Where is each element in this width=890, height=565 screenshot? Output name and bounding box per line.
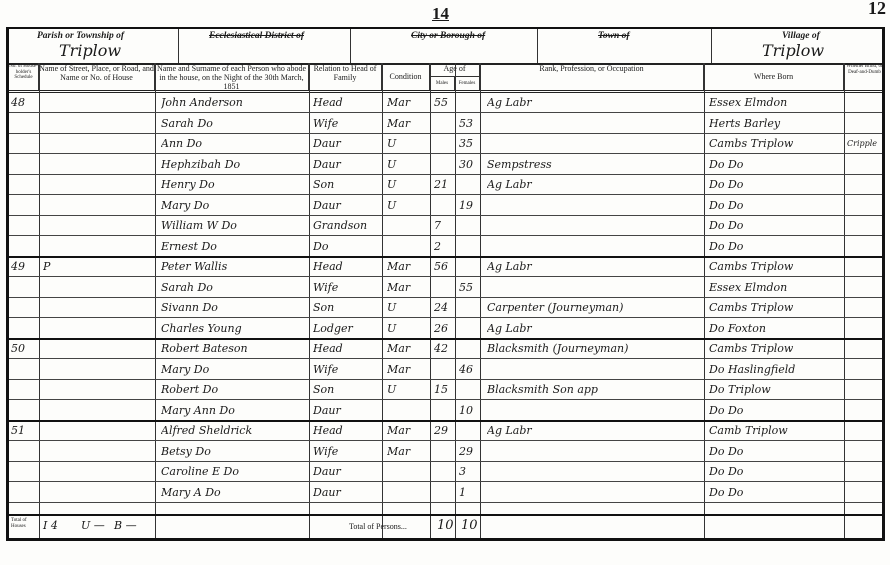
relation-cell: Daur xyxy=(313,196,381,215)
occupation-cell xyxy=(487,196,702,215)
occupation-cell xyxy=(487,401,702,420)
schedule-number: 50 xyxy=(11,339,39,358)
schedule-number xyxy=(11,114,39,133)
age-male: 26 xyxy=(434,319,454,338)
occupation-cell: Ag Labr xyxy=(487,319,702,338)
age-female: 10 xyxy=(459,401,479,420)
condition-cell: Mar xyxy=(387,114,429,133)
person-name: Mary Do xyxy=(161,196,309,215)
street-cell xyxy=(43,155,153,174)
age-female: 29 xyxy=(459,442,479,461)
birthplace-cell: Do Triplow xyxy=(709,380,843,399)
condition-cell xyxy=(387,483,429,502)
condition-cell: U xyxy=(387,134,429,153)
relation-cell: Head xyxy=(313,339,381,358)
col-relation: Relation to Head of Family xyxy=(309,63,382,90)
street-cell xyxy=(43,319,153,338)
person-name: Ernest Do xyxy=(161,237,309,256)
street-cell xyxy=(43,278,153,297)
age-female: 3 xyxy=(459,462,479,481)
relation-cell: Daur xyxy=(313,134,381,153)
occupation-cell xyxy=(487,114,702,133)
schedule-number xyxy=(11,155,39,174)
col-schedule: No. of House-holder's Schedule xyxy=(9,63,39,90)
relation-cell: Wife xyxy=(313,442,381,461)
age-female xyxy=(459,319,479,338)
blind-deaf-cell xyxy=(847,237,887,256)
condition-cell: U xyxy=(387,175,429,194)
schedule-number xyxy=(11,134,39,153)
condition-cell: U xyxy=(387,196,429,215)
parish-label: Parish or Township of xyxy=(37,31,124,41)
relation-cell: Grandson xyxy=(313,216,381,235)
blind-deaf-cell xyxy=(847,298,887,317)
table-row: Robert DoSonU15Blacksmith Son appDo Trip… xyxy=(9,380,882,400)
city-label: City or Borough of xyxy=(411,31,485,41)
street-cell xyxy=(43,462,153,481)
blind-deaf-cell xyxy=(847,257,887,276)
col-blind: Whether Blind, or Deaf-and-Dumb xyxy=(844,63,885,90)
birthplace-cell: Do Do xyxy=(709,155,843,174)
schedule-number: 51 xyxy=(11,421,39,440)
condition-cell: U xyxy=(387,319,429,338)
schedule-number xyxy=(11,483,39,502)
street-cell xyxy=(43,401,153,420)
occupation-cell xyxy=(487,278,702,297)
relation-cell: Daur xyxy=(313,155,381,174)
age-female xyxy=(459,380,479,399)
age-male xyxy=(434,196,454,215)
age-male: 29 xyxy=(434,421,454,440)
condition-cell: Mar xyxy=(387,93,429,112)
schedule-number xyxy=(11,216,39,235)
schedule-number xyxy=(11,380,39,399)
condition-cell: Mar xyxy=(387,278,429,297)
inhabited-total: I 4 xyxy=(43,519,58,532)
age-female: 19 xyxy=(459,196,479,215)
blind-deaf-cell xyxy=(847,155,887,174)
condition-cell xyxy=(387,237,429,256)
blind-deaf-cell: Cripple xyxy=(847,134,887,153)
table-row: Sivann DoSonU24Carpenter (Journeyman)Cam… xyxy=(9,298,882,318)
person-name: Mary Do xyxy=(161,360,309,379)
birthplace-cell: Do Do xyxy=(709,237,843,256)
houses-label: Total of Houses xyxy=(11,518,35,530)
blind-deaf-cell xyxy=(847,483,887,502)
blind-deaf-cell xyxy=(847,442,887,461)
age-female xyxy=(459,257,479,276)
occupation-cell: Ag Labr xyxy=(487,93,702,112)
total-females: 10 xyxy=(461,518,478,533)
column-headers: No. of House-holder's Schedule Name of S… xyxy=(9,63,882,93)
street-cell xyxy=(43,442,153,461)
age-female xyxy=(459,237,479,256)
age-female: 53 xyxy=(459,114,479,133)
person-name: Sarah Do xyxy=(161,278,309,297)
age-female xyxy=(459,298,479,317)
street-cell xyxy=(43,175,153,194)
occupation-cell xyxy=(487,360,702,379)
person-name: Hephzibah Do xyxy=(161,155,309,174)
age-male: 2 xyxy=(434,237,454,256)
schedule-number xyxy=(11,319,39,338)
condition-cell: Mar xyxy=(387,339,429,358)
col-females: Females xyxy=(455,77,480,90)
table-row: Mary DoWifeMar46Do Haslingfield xyxy=(9,360,882,380)
age-female: 35 xyxy=(459,134,479,153)
street-cell: P xyxy=(43,257,153,276)
person-name: Betsy Do xyxy=(161,442,309,461)
blind-deaf-cell xyxy=(847,462,887,481)
person-name: Sivann Do xyxy=(161,298,309,317)
person-name: Sarah Do xyxy=(161,114,309,133)
age-male: 7 xyxy=(434,216,454,235)
col-males: Males xyxy=(430,77,455,90)
blind-deaf-cell xyxy=(847,196,887,215)
person-name: Henry Do xyxy=(161,175,309,194)
ecclesiastical-label: Ecclesiastical District of xyxy=(209,31,304,41)
relation-cell: Wife xyxy=(313,278,381,297)
header-row: Parish or Township of Triplow Ecclesiast… xyxy=(9,29,882,65)
village-cell: Village of Triplow xyxy=(712,29,885,63)
condition-cell: U xyxy=(387,298,429,317)
col-occupation: Rank, Profession, or Occupation xyxy=(480,63,704,90)
condition-cell xyxy=(387,462,429,481)
birthplace-cell: Do Haslingfield xyxy=(709,360,843,379)
table-row: 48John AndersonHeadMar55Ag LabrEssex Elm… xyxy=(9,93,882,113)
ecclesiastical-cell: Ecclesiastical District of xyxy=(179,29,351,63)
schedule-number xyxy=(11,401,39,420)
occupation-cell xyxy=(487,237,702,256)
birthplace-cell: Do Foxton xyxy=(709,319,843,338)
street-cell xyxy=(43,483,153,502)
schedule-number: 49 xyxy=(11,257,39,276)
schedule-number xyxy=(11,298,39,317)
age-female: 46 xyxy=(459,360,479,379)
table-row: 51Alfred SheldrickHeadMar29Ag LabrCamb T… xyxy=(9,421,882,441)
table-row: 50Robert BatesonHeadMar42Blacksmith (Jou… xyxy=(9,339,882,359)
table-row: Charles YoungLodgerU26Ag LabrDo Foxton xyxy=(9,319,882,340)
street-cell xyxy=(43,298,153,317)
age-male xyxy=(434,155,454,174)
condition-cell: Mar xyxy=(387,360,429,379)
table-row: William W DoGrandson7Do Do xyxy=(9,216,882,236)
relation-cell: Head xyxy=(313,93,381,112)
relation-cell: Head xyxy=(313,257,381,276)
person-name: William W Do xyxy=(161,216,309,235)
table-row: 49PPeter WallisHeadMar56Ag LabrCambs Tri… xyxy=(9,257,882,277)
age-female xyxy=(459,175,479,194)
condition-cell: U xyxy=(387,155,429,174)
birthplace-cell: Essex Elmdon xyxy=(709,93,843,112)
relation-cell: Do xyxy=(313,237,381,256)
age-male xyxy=(434,114,454,133)
blind-deaf-cell xyxy=(847,360,887,379)
birthplace-cell: Camb Triplow xyxy=(709,421,843,440)
street-cell xyxy=(43,114,153,133)
birthplace-cell: Herts Barley xyxy=(709,114,843,133)
age-female xyxy=(459,339,479,358)
town-label: Town of xyxy=(598,31,630,41)
relation-cell: Head xyxy=(313,421,381,440)
census-sheet: Parish or Township of Triplow Ecclesiast… xyxy=(6,27,885,541)
birthplace-cell: Cambs Triplow xyxy=(709,257,843,276)
street-cell xyxy=(43,421,153,440)
blind-deaf-cell xyxy=(847,421,887,440)
person-name: John Anderson xyxy=(161,93,309,112)
table-row: Betsy DoWifeMar29Do Do xyxy=(9,442,882,462)
age-male: 24 xyxy=(434,298,454,317)
schedule-number xyxy=(11,462,39,481)
person-name: Charles Young xyxy=(161,319,309,338)
street-cell xyxy=(43,360,153,379)
birthplace-cell: Do Do xyxy=(709,175,843,194)
col-name: Name and Surname of each Person who abod… xyxy=(155,63,309,90)
person-name: Mary Ann Do xyxy=(161,401,309,420)
table-row: Mary A DoDaur1Do Do xyxy=(9,483,882,503)
condition-cell: Mar xyxy=(387,442,429,461)
schedule-number xyxy=(11,175,39,194)
relation-cell: Son xyxy=(313,380,381,399)
age-male xyxy=(434,278,454,297)
total-males: 10 xyxy=(437,518,454,533)
age-male: 55 xyxy=(434,93,454,112)
age-male xyxy=(434,442,454,461)
schedule-number: 48 xyxy=(11,93,39,112)
village-label: Village of xyxy=(782,31,820,41)
condition-cell xyxy=(387,216,429,235)
blind-deaf-cell xyxy=(847,339,887,358)
blind-deaf-cell xyxy=(847,401,887,420)
table-row: Sarah DoWifeMar55Essex Elmdon xyxy=(9,278,882,298)
birthplace-cell: Cambs Triplow xyxy=(709,134,843,153)
street-cell xyxy=(43,237,153,256)
building-total: B — xyxy=(114,519,137,532)
relation-cell: Daur xyxy=(313,462,381,481)
village-value: Triplow xyxy=(762,41,824,60)
schedule-number xyxy=(11,237,39,256)
birthplace-cell: Do Do xyxy=(709,196,843,215)
table-row: Mary DoDaurU19Do Do xyxy=(9,196,882,216)
parish-cell: Parish or Township of Triplow xyxy=(9,29,179,63)
relation-cell: Wife xyxy=(313,360,381,379)
birthplace-cell: Essex Elmdon xyxy=(709,278,843,297)
condition-cell: U xyxy=(387,380,429,399)
age-male xyxy=(434,483,454,502)
birthplace-cell: Cambs Triplow xyxy=(709,339,843,358)
persons-label: Total of Persons... xyxy=(349,522,407,531)
schedule-number xyxy=(11,442,39,461)
street-cell xyxy=(43,339,153,358)
birthplace-cell: Do Do xyxy=(709,483,843,502)
blind-deaf-cell xyxy=(847,380,887,399)
age-female: 30 xyxy=(459,155,479,174)
col-born: Where Born xyxy=(704,63,844,90)
parish-value: Triplow xyxy=(59,41,121,60)
street-cell xyxy=(43,380,153,399)
occupation-cell xyxy=(487,483,702,502)
person-name: Ann Do xyxy=(161,134,309,153)
person-name: Robert Do xyxy=(161,380,309,399)
occupation-cell: Carpenter (Journeyman) xyxy=(487,298,702,317)
birthplace-cell: Do Do xyxy=(709,216,843,235)
age-female: 1 xyxy=(459,483,479,502)
person-name: Caroline E Do xyxy=(161,462,309,481)
occupation-cell: Ag Labr xyxy=(487,175,702,194)
birthplace-cell: Cambs Triplow xyxy=(709,298,843,317)
street-cell xyxy=(43,196,153,215)
condition-cell xyxy=(387,401,429,420)
city-cell: City or Borough of xyxy=(351,29,538,63)
relation-cell: Wife xyxy=(313,114,381,133)
occupation-cell xyxy=(487,442,702,461)
schedule-number xyxy=(11,196,39,215)
person-name: Mary A Do xyxy=(161,483,309,502)
occupation-cell: Sempstress xyxy=(487,155,702,174)
birthplace-cell: Do Do xyxy=(709,442,843,461)
table-row: Henry DoSonU21Ag LabrDo Do xyxy=(9,175,882,195)
occupation-cell: Ag Labr xyxy=(487,257,702,276)
table-row: Ernest DoDo2Do Do xyxy=(9,237,882,258)
col-condition: Condition xyxy=(382,63,430,90)
blind-deaf-cell xyxy=(847,175,887,194)
street-cell xyxy=(43,93,153,112)
totals-footer: Total of Houses I 4 U — B — Total of Per… xyxy=(9,514,882,538)
age-male xyxy=(434,134,454,153)
page-number: 14 xyxy=(432,4,449,24)
blind-deaf-cell xyxy=(847,93,887,112)
person-name: Alfred Sheldrick xyxy=(161,421,309,440)
table-row: Caroline E DoDaur3Do Do xyxy=(9,462,882,482)
age-female xyxy=(459,216,479,235)
age-male xyxy=(434,462,454,481)
street-cell xyxy=(43,216,153,235)
relation-cell: Son xyxy=(313,175,381,194)
condition-cell: Mar xyxy=(387,257,429,276)
birthplace-cell: Do Do xyxy=(709,401,843,420)
occupation-cell xyxy=(487,462,702,481)
table-row: Sarah DoWifeMar53Herts Barley xyxy=(9,114,882,134)
birthplace-cell: Do Do xyxy=(709,462,843,481)
blind-deaf-cell xyxy=(847,319,887,338)
blind-deaf-cell xyxy=(847,114,887,133)
table-row: Ann DoDaurU35Cambs TriplowCripple xyxy=(9,134,882,154)
age-female xyxy=(459,93,479,112)
relation-cell: Son xyxy=(313,298,381,317)
condition-cell: Mar xyxy=(387,421,429,440)
occupation-cell: Blacksmith (Journeyman) xyxy=(487,339,702,358)
age-male: 56 xyxy=(434,257,454,276)
relation-cell: Lodger xyxy=(313,319,381,338)
corner-number: 12 xyxy=(868,0,886,19)
occupation-cell xyxy=(487,216,702,235)
age-male: 15 xyxy=(434,380,454,399)
uninhabited-total: U — xyxy=(81,519,105,532)
age-male xyxy=(434,401,454,420)
table-row: Mary Ann DoDaur10Do Do xyxy=(9,401,882,422)
occupation-cell: Ag Labr xyxy=(487,421,702,440)
table-row: Hephzibah DoDaurU30SempstressDo Do xyxy=(9,155,882,175)
age-female: 55 xyxy=(459,278,479,297)
relation-cell: Daur xyxy=(313,401,381,420)
occupation-cell xyxy=(487,134,702,153)
person-name: Robert Bateson xyxy=(161,339,309,358)
street-cell xyxy=(43,134,153,153)
schedule-number xyxy=(11,278,39,297)
blind-deaf-cell xyxy=(847,216,887,235)
col-street: Name of Street, Place, or Road, and Name… xyxy=(39,63,155,90)
relation-cell: Daur xyxy=(313,483,381,502)
town-cell: Town of xyxy=(538,29,712,63)
age-male: 42 xyxy=(434,339,454,358)
age-male xyxy=(434,360,454,379)
occupation-cell: Blacksmith Son app xyxy=(487,380,702,399)
schedule-number xyxy=(11,360,39,379)
age-female xyxy=(459,421,479,440)
person-name: Peter Wallis xyxy=(161,257,309,276)
blind-deaf-cell xyxy=(847,278,887,297)
age-male: 21 xyxy=(434,175,454,194)
